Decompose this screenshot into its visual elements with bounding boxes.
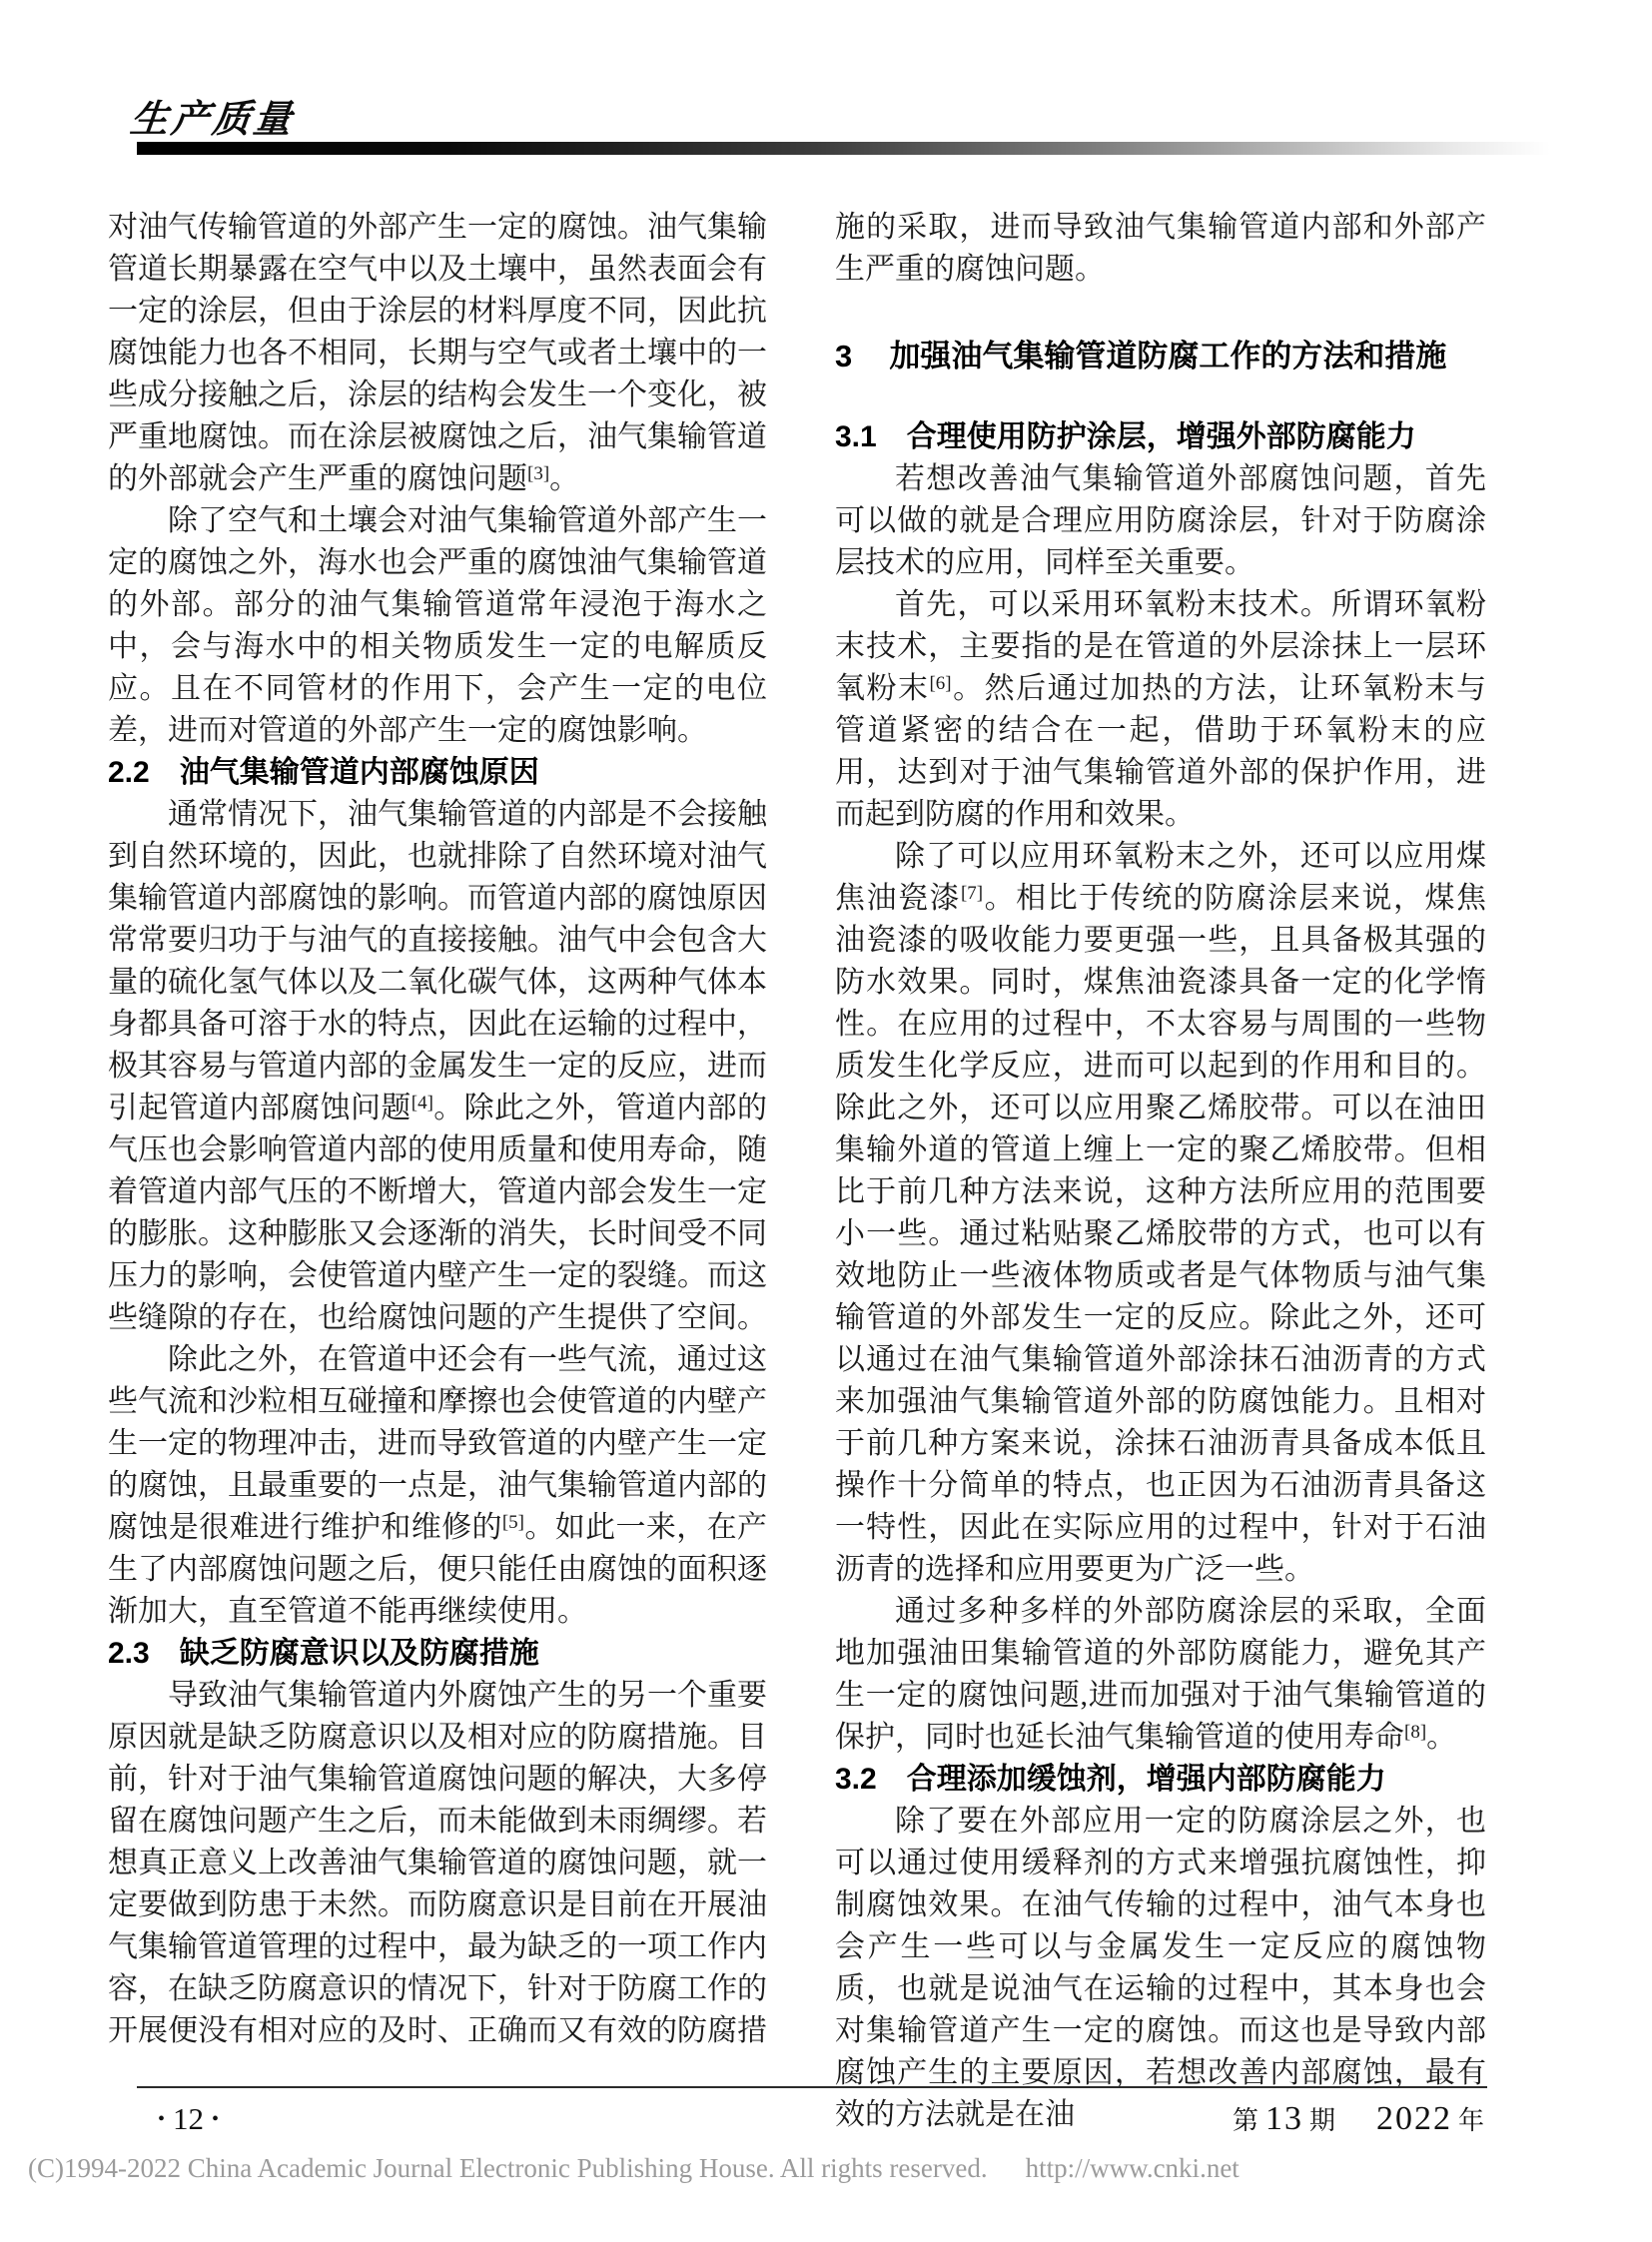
section-number: 3.1 [835, 420, 877, 453]
cnki-url: http://www.cnki.net [1026, 2153, 1239, 2183]
paragraph: 除此之外，在管道中还会有一些气流，通过这些气流和沙粒相互碰撞和摩擦也会使管道的内… [108, 1339, 767, 1633]
masthead-gradient-rule [137, 142, 1550, 155]
section-heading: 2.2油气集输管道内部腐蚀原因 [108, 752, 767, 794]
page-number-bullet-right: • [204, 2108, 227, 2130]
paragraph: 首先，可以采用环氧粉末技术。所谓环氧粉末技术，主要指的是在管道的外层涂抹上一层环… [835, 584, 1486, 836]
section-heading: 3.1合理使用防护涂层，增强外部防腐能力 [835, 416, 1486, 458]
journal-section-logo: 生产质量 [128, 88, 298, 143]
issue-label-pre: 第 [1233, 2106, 1259, 2135]
reference-marker: [4] [412, 1093, 433, 1114]
page-number: •12• [150, 2099, 227, 2139]
section-number: 2.2 [108, 756, 150, 789]
section-heading: 3加强油气集输管道防腐工作的方法和措施 [835, 335, 1486, 378]
right-column: 施的采取，进而导致油气集输管道内部和外部产生严重的腐蚀问题。3加强油气集输管道防… [835, 207, 1486, 2136]
reference-marker: [5] [502, 1512, 524, 1533]
reference-marker: [7] [961, 883, 983, 904]
copyright-line: (C)1994-2022 China Academic Journal Elec… [28, 2153, 1239, 2184]
copyright-text: (C)1994-2022 China Academic Journal Elec… [28, 2153, 988, 2183]
page-number-value: 12 [173, 2101, 204, 2136]
section-number: 2.3 [108, 1637, 150, 1670]
year-label: 年 [1458, 2106, 1485, 2135]
left-column: 对油气传输管道的外部产生一定的腐蚀。油气集输管道长期暴露在空气中以及土壤中，虽然… [108, 207, 767, 2052]
issue-label-post: 期 [1309, 2106, 1336, 2135]
paragraph: 导致油气集输管道内外腐蚀产生的另一个重要原因就是缺乏防腐意识以及相对应的防腐措施… [108, 1675, 767, 2052]
paragraph: 除了可以应用环氧粉末之外，还可以应用煤焦油瓷漆[7]。相比于传统的防腐涂层来说，… [835, 836, 1486, 1591]
section-heading: 3.2合理添加缓蚀剂，增强内部防腐能力 [835, 1759, 1486, 1801]
paragraph: 施的采取，进而导致油气集输管道内部和外部产生严重的腐蚀问题。 [835, 207, 1486, 291]
section-title: 油气集输管道内部腐蚀原因 [180, 756, 539, 789]
section-title: 加强油气集输管道防腐工作的方法和措施 [889, 339, 1446, 374]
issue-info: 第13期2022年 [1233, 2099, 1485, 2141]
paragraph: 除了空气和土壤会对油气集输管道外部产生一定的腐蚀之外，海水也会严重的腐蚀油气集输… [108, 500, 767, 752]
section-number: 3.2 [835, 1763, 877, 1796]
paragraph: 通常情况下，油气集输管道的内部是不会接触到自然环境的，因此，也就排除了自然环境对… [108, 794, 767, 1339]
reference-marker: [6] [929, 673, 951, 694]
section-title: 合理使用防护涂层，增强外部防腐能力 [907, 420, 1416, 453]
section-number: 3 [835, 339, 852, 374]
reference-marker: [3] [527, 463, 549, 484]
journal-page: 生产质量 对油气传输管道的外部产生一定的腐蚀。油气集输管道长期暴露在空气中以及土… [0, 0, 1652, 2242]
paragraph: 对油气传输管道的外部产生一定的腐蚀。油气集输管道长期暴露在空气中以及土壤中，虽然… [108, 207, 767, 500]
issue-number: 13 [1259, 2100, 1309, 2137]
reference-marker: [8] [1404, 1722, 1426, 1743]
section-title: 合理添加缓蚀剂，增强内部防腐能力 [907, 1763, 1386, 1796]
section-title: 缺乏防腐意识以及防腐措施 [180, 1637, 539, 1670]
page-number-bullet-left: • [150, 2108, 173, 2130]
year-number: 2022 [1370, 2100, 1458, 2137]
section-heading: 2.3缺乏防腐意识以及防腐措施 [108, 1633, 767, 1675]
footer-rule [137, 2086, 1487, 2088]
paragraph: 通过多种多样的外部防腐涂层的采取，全面地加强油田集输管道的外部防腐能力，避免其产… [835, 1591, 1486, 1759]
paragraph: 若想改善油气集输管道外部腐蚀问题，首先可以做的就是合理应用防腐涂层，针对于防腐涂… [835, 458, 1486, 584]
